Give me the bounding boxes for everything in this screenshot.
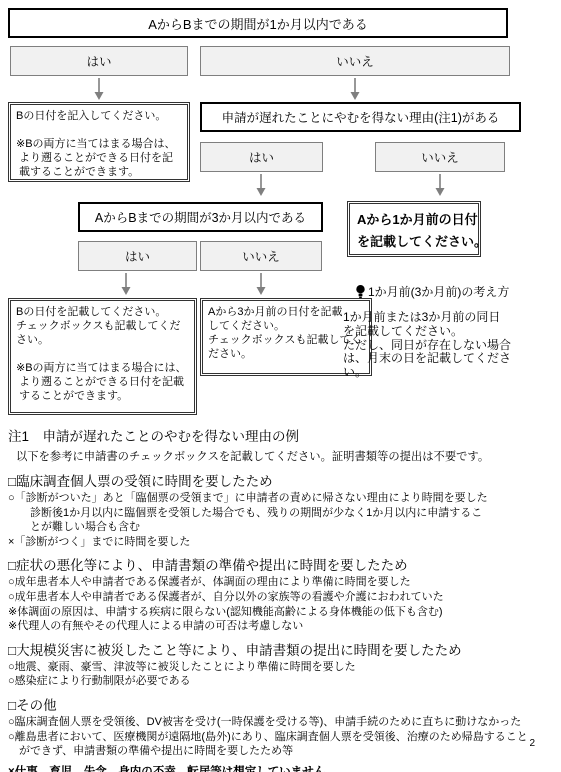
- reason-item: とが難しい場合も含む: [8, 520, 557, 535]
- down-arrow: [434, 174, 446, 196]
- q1-yes-box: はい: [10, 46, 188, 76]
- reason-item: ○成年患者本人や申請者である保護者が、体調面の理由により準備に時間を要した: [8, 575, 557, 590]
- reason-heading: □症状の悪化等により、申請書類の準備や提出に時間を要したため: [8, 557, 557, 575]
- reason-block-disaster: □大規模災害に被災したこと等により、申請書類の提出に時間を要したため ○地震、豪…: [8, 642, 557, 689]
- reason-block-other: □その他 ○臨床調査個人票を受領後、DV被害を受け(一時保護を受ける等)、申請手…: [8, 697, 557, 759]
- down-arrow: [349, 78, 361, 100]
- page-number: 2: [529, 738, 535, 749]
- reason-item: ※代理人の有無やその代理人による申請の可否は考慮しない: [8, 619, 557, 634]
- question-3-box: AからBまでの期間が3か月以内である: [78, 202, 323, 232]
- reason-item: ○感染症により行動制限が必要である: [8, 674, 557, 689]
- sidenote-body: 1か月前または3か月前の同日 を記載してください。 ただし、同日が存在しない場合…: [343, 311, 559, 380]
- down-arrow: [93, 78, 105, 100]
- reason-item: ○臨床調査個人票を受領後、DV被害を受け(一時保護を受ける等)、申請手続のために…: [8, 715, 557, 730]
- record-b-date-entry-box: Bの日付を記入してください。 ※Bの両方に当てはまる場合は、 より遡ることができ…: [8, 102, 190, 182]
- q3-yes-box: はい: [78, 241, 197, 271]
- one-month-before-box: Aから1か月前の日付 を記載してください。: [347, 201, 481, 257]
- reason-block-symptoms: □症状の悪化等により、申請書類の準備や提出に時間を要したため ○成年患者本人や申…: [8, 557, 557, 633]
- lightbulb-icon: [356, 285, 365, 299]
- question-2-box: 申請が遅れたことにやむを得ない理由(注1)がある: [200, 102, 521, 132]
- sidenote-title: 1か月前(3か月前)の考え方: [356, 283, 509, 300]
- q2-no-box: いいえ: [375, 142, 505, 172]
- question-1-box: AからBまでの期間が1か月以内である: [8, 8, 508, 38]
- reason-item: ができず、申請書類の準備や提出に時間を要したため等: [8, 744, 557, 759]
- q2-yes-box: はい: [200, 142, 323, 172]
- reason-heading: □その他: [8, 697, 557, 715]
- down-arrow: [255, 273, 267, 295]
- reason-item: ※体調面の原因は、申請する疾病に限らない(認知機能高齢による身体機能の低下も含む…: [8, 605, 557, 620]
- reason-item: ○成年患者本人や申請者である保護者が、自分以外の家族等の看護や介護におわれていた: [8, 590, 557, 605]
- notes-subheading: 以下を参考に申請書のチェックボックスを記載してください。証明書類等の提出は不要で…: [16, 450, 557, 465]
- reason-block-clinical-record: □臨床調査個人票の受領に時間を要したため ○「診断がついた」あと「臨個票の受領ま…: [8, 473, 557, 549]
- down-arrow: [255, 174, 267, 196]
- reason-heading: □大規模災害に被災したこと等により、申請書類の提出に時間を要したため: [8, 642, 557, 660]
- q1-no-box: いいえ: [200, 46, 510, 76]
- reason-heading: □臨床調査個人票の受領に時間を要したため: [8, 473, 557, 491]
- sidenote-title-text: 1か月前(3か月前)の考え方: [368, 283, 509, 300]
- document-page: AからBまでの期間が1か月以内である はい いいえ Bの日付を記入してください。…: [0, 0, 561, 772]
- notes-heading: 注1 申請が遅れたことのやむを得ない理由の例: [8, 428, 557, 445]
- reason-item: ○離島患者において、医療機関が遠隔地(島外)にあり、臨床調査個人票を受領後、治療…: [8, 730, 557, 745]
- down-arrow: [120, 273, 132, 295]
- reason-item: ○地震、豪雨、豪雪、津波等に被災したことにより準備に時間を要した: [8, 660, 557, 675]
- q3-no-box: いいえ: [200, 241, 322, 271]
- final-warning: ×仕事、育児、失念、身内の不幸、転居等は想定していません。: [8, 763, 557, 772]
- reason-item: 診断後1か月以内に臨個票を受領した場合でも、残りの期間が少なく1か月以内に申請す…: [8, 506, 557, 521]
- record-b-date-box: Bの日付を記載してください。 チェックボックスも記載してくだ さい。 ※Bの両方…: [8, 298, 197, 415]
- reason-item: ×「診断がつく」までに時間を要した: [8, 535, 557, 550]
- notes-section: 注1 申請が遅れたことのやむを得ない理由の例 以下を参考に申請書のチェックボック…: [8, 428, 557, 772]
- reason-item: ○「診断がついた」あと「臨個票の受領まで」に申請者の責めに帰さない理由により時間…: [8, 491, 557, 506]
